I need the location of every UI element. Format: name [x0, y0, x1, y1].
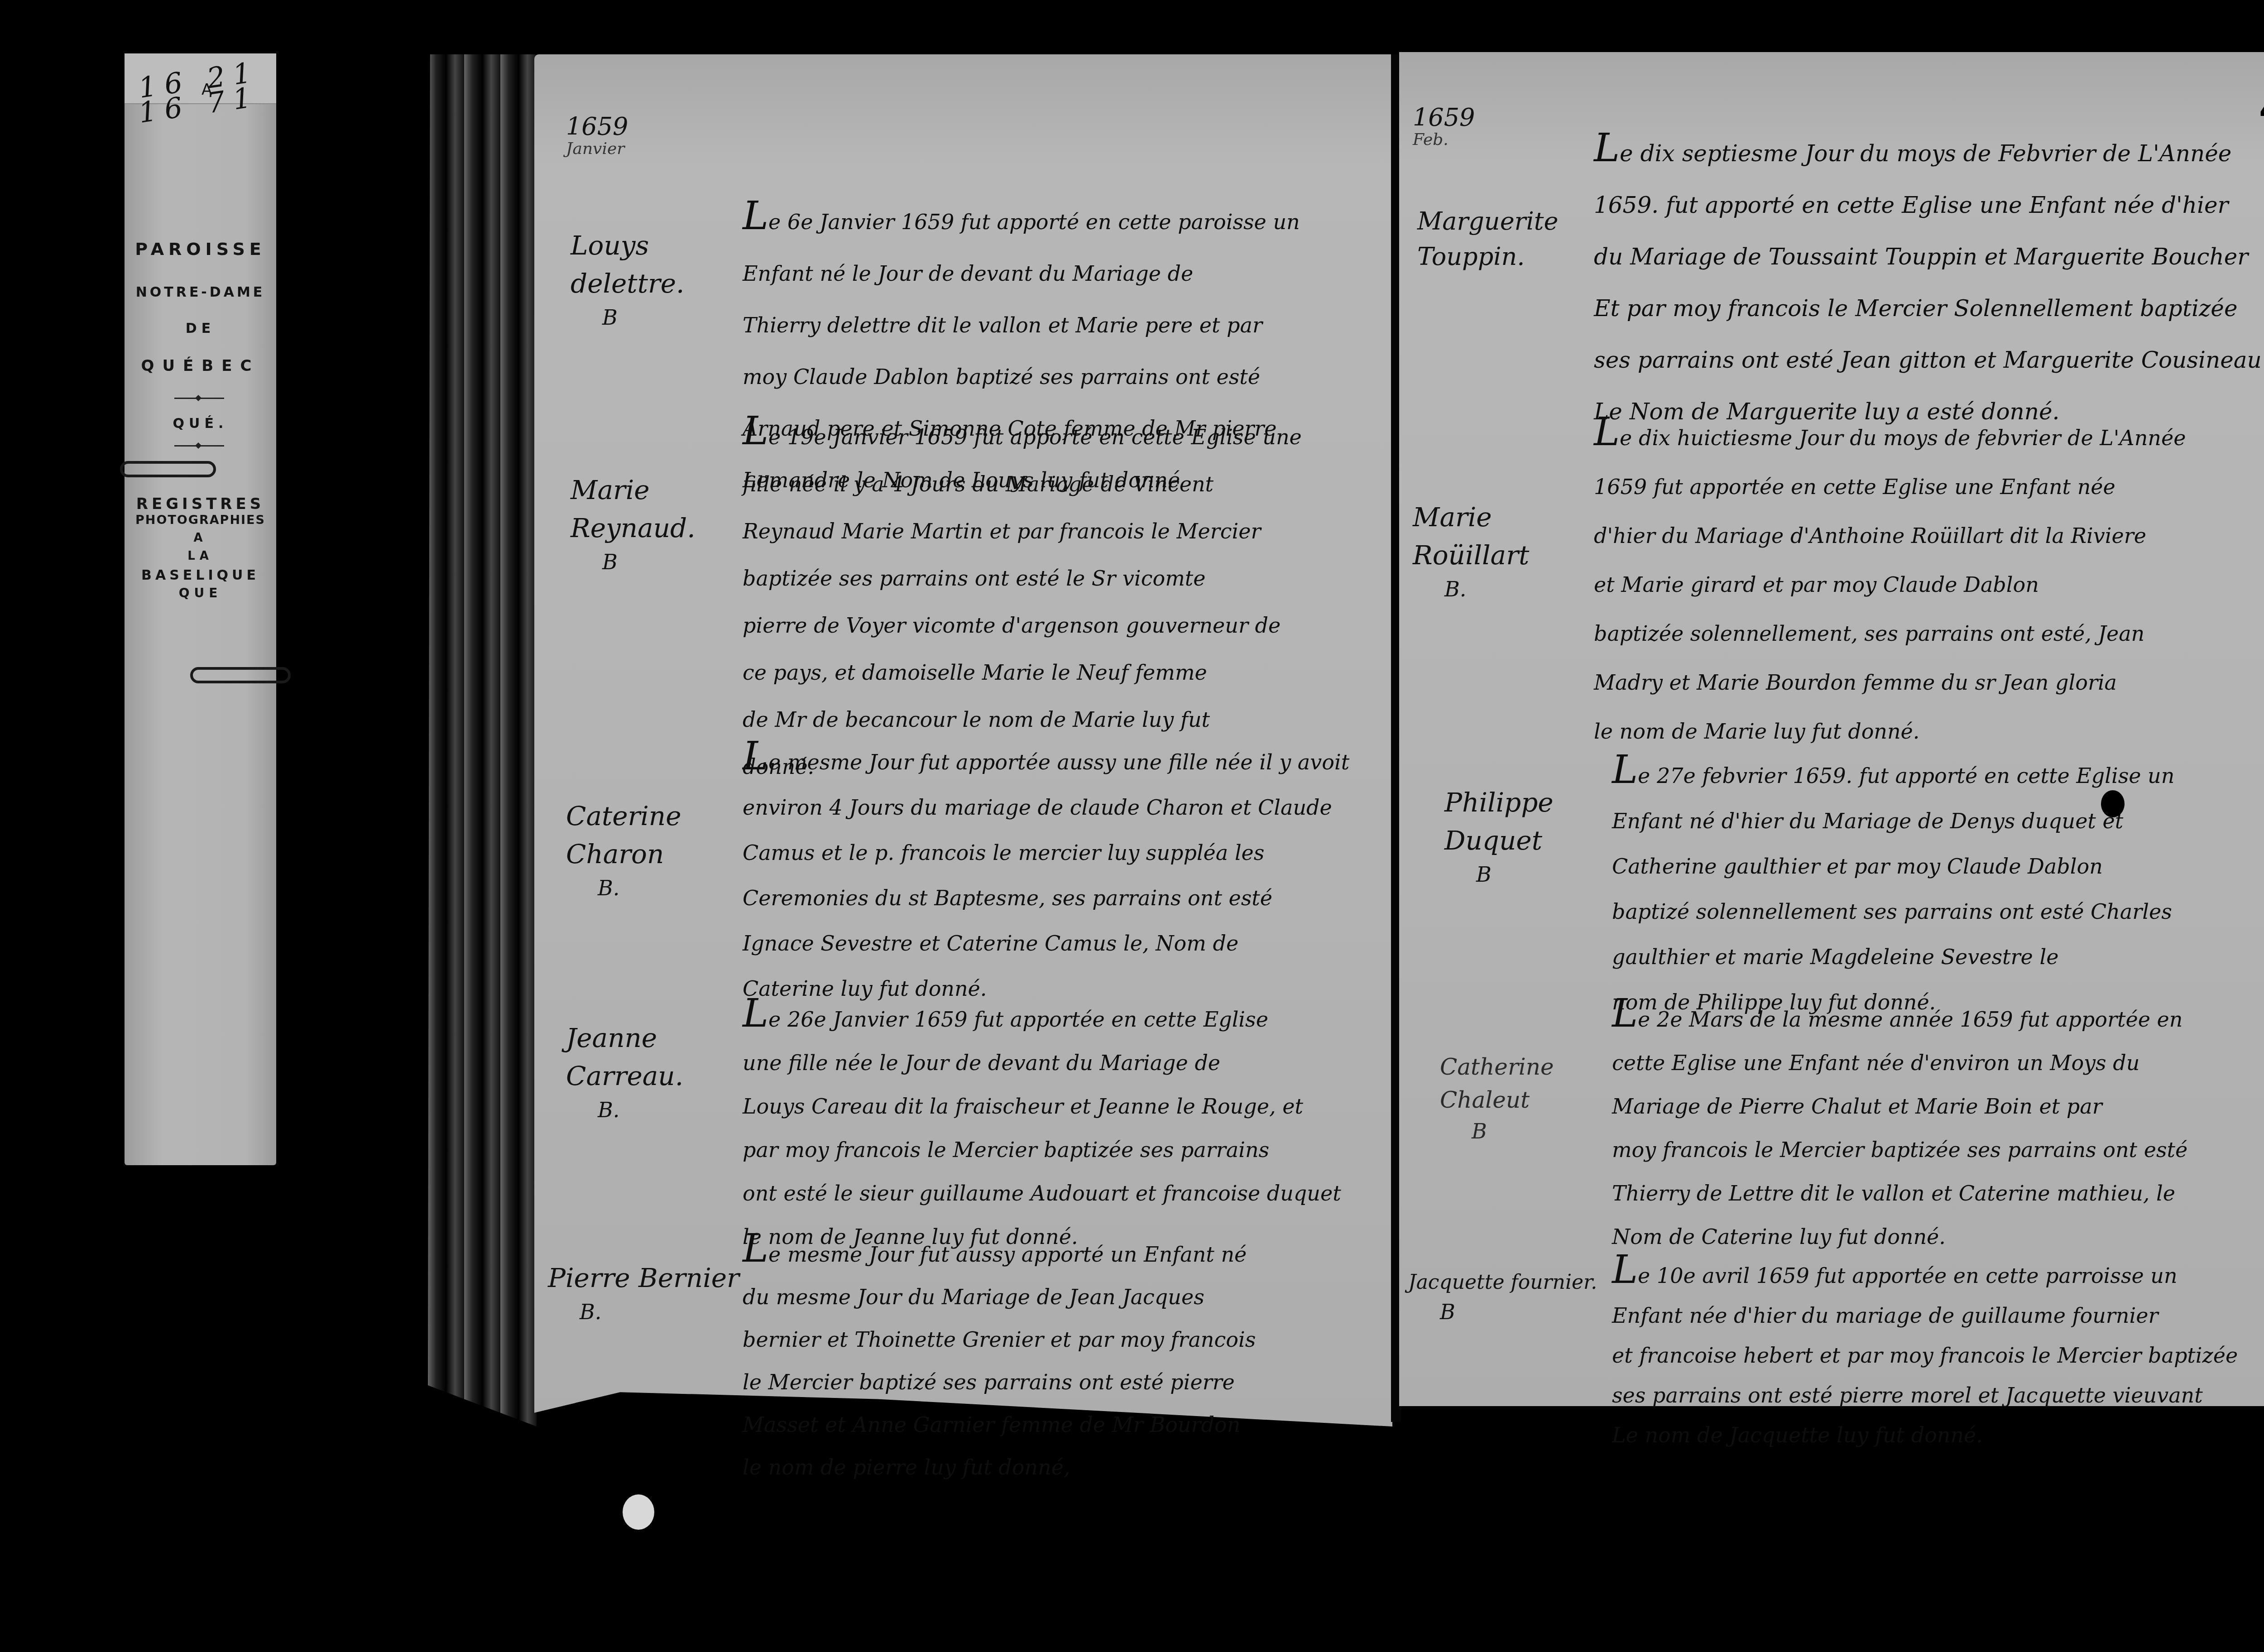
baptism-mark: B	[571, 303, 684, 333]
baptism-mark: B	[571, 547, 696, 577]
register-entry: Le dix huictiesme Jour du moys de febvri…	[1594, 408, 2186, 756]
paper-clip-icon	[120, 461, 216, 477]
margin-note: Philippe Duquet B	[1444, 783, 1554, 890]
margin-note: Marie Reynaud. B	[571, 471, 696, 577]
register-entry: Le 10e avril 1659 fut apportée en cette …	[1612, 1250, 2238, 1455]
label-line-photographies: PHOTOGRAPHIES	[125, 513, 276, 527]
baptism-mark: B	[1444, 860, 1554, 890]
page-hole	[623, 1494, 654, 1530]
register-entry: Le dix septiesme Jour du moys de Febvrie…	[1594, 122, 2262, 437]
divider-rule	[174, 445, 224, 447]
baptism-mark: B	[1440, 1116, 1554, 1147]
left-page-year-header: 1659 Janvier	[566, 113, 628, 158]
ink-blot	[2101, 790, 2125, 817]
margin-note: Jeanne Carreau. B.	[566, 1019, 683, 1125]
margin-note: Pierre Bernier B.	[548, 1259, 739, 1327]
label-line-la: LA	[125, 549, 276, 563]
year-range-tab: 16 21 A 16 71	[125, 53, 276, 104]
label-line-notre-dame: NOTRE-DAME	[125, 284, 276, 300]
page-number: 48	[2259, 95, 2264, 126]
archive-label-card: 16 21 A 16 71 PAROISSE NOTRE-DAME DE QUÉ…	[125, 53, 276, 1165]
register-entry: Le mesme Jour fut apportée aussy une fil…	[743, 734, 1349, 1011]
margin-note: Caterine Charon B.	[566, 797, 681, 903]
divider-rule	[174, 398, 224, 399]
baptism-mark: B.	[566, 1095, 683, 1125]
header-year: 1659	[1413, 103, 1475, 132]
header-year: 1659	[566, 112, 628, 141]
register-entry: Le mesme Jour fut aussy apporté un Enfan…	[743, 1227, 1256, 1489]
margin-note: Marie Roüillart B.	[1413, 498, 1529, 605]
label-line-baselique: BASELIQUE	[125, 567, 276, 583]
register-entry: Le 19e Janvier 1659 fut apporté en cette…	[743, 408, 1302, 790]
register-entry: Le 27e febvrier 1659. fut apporté en cet…	[1612, 747, 2174, 1025]
register-entry: Le 26e Janvier 1659 fut apportée en cett…	[743, 992, 1341, 1258]
baptism-mark: B.	[548, 1297, 739, 1327]
baptism-mark: B.	[566, 873, 681, 903]
right-page-year-header: 1659 Feb.	[1413, 104, 1475, 149]
margin-note: Jacquette fournier. B	[1408, 1268, 1597, 1327]
margin-note: Catherine Chaleut B	[1440, 1051, 1554, 1147]
header-month: Feb.	[1413, 131, 1475, 149]
label-line-que-2: QUE	[125, 586, 276, 600]
header-month: Janvier	[566, 140, 628, 158]
label-line-de: DE	[125, 321, 276, 336]
label-line-que: QUÉ.	[125, 416, 276, 432]
baptism-mark: B.	[1413, 574, 1529, 605]
register-entry: Le 2e Mars de la mesme année 1659 fut ap…	[1612, 992, 2187, 1258]
label-line-parish: PAROISSE	[125, 239, 276, 259]
paper-clip-icon	[190, 667, 291, 683]
margin-note: Marguerite Touppin.	[1417, 204, 1558, 275]
book-page-edges-left	[428, 54, 537, 1426]
baptism-mark: B	[1408, 1297, 1597, 1327]
label-line-registres: REGISTRES	[125, 495, 276, 513]
label-line-quebec: QUÉBEC	[125, 357, 276, 375]
label-line-a: A	[125, 531, 276, 545]
margin-note: Louys delettre. B	[571, 226, 684, 333]
